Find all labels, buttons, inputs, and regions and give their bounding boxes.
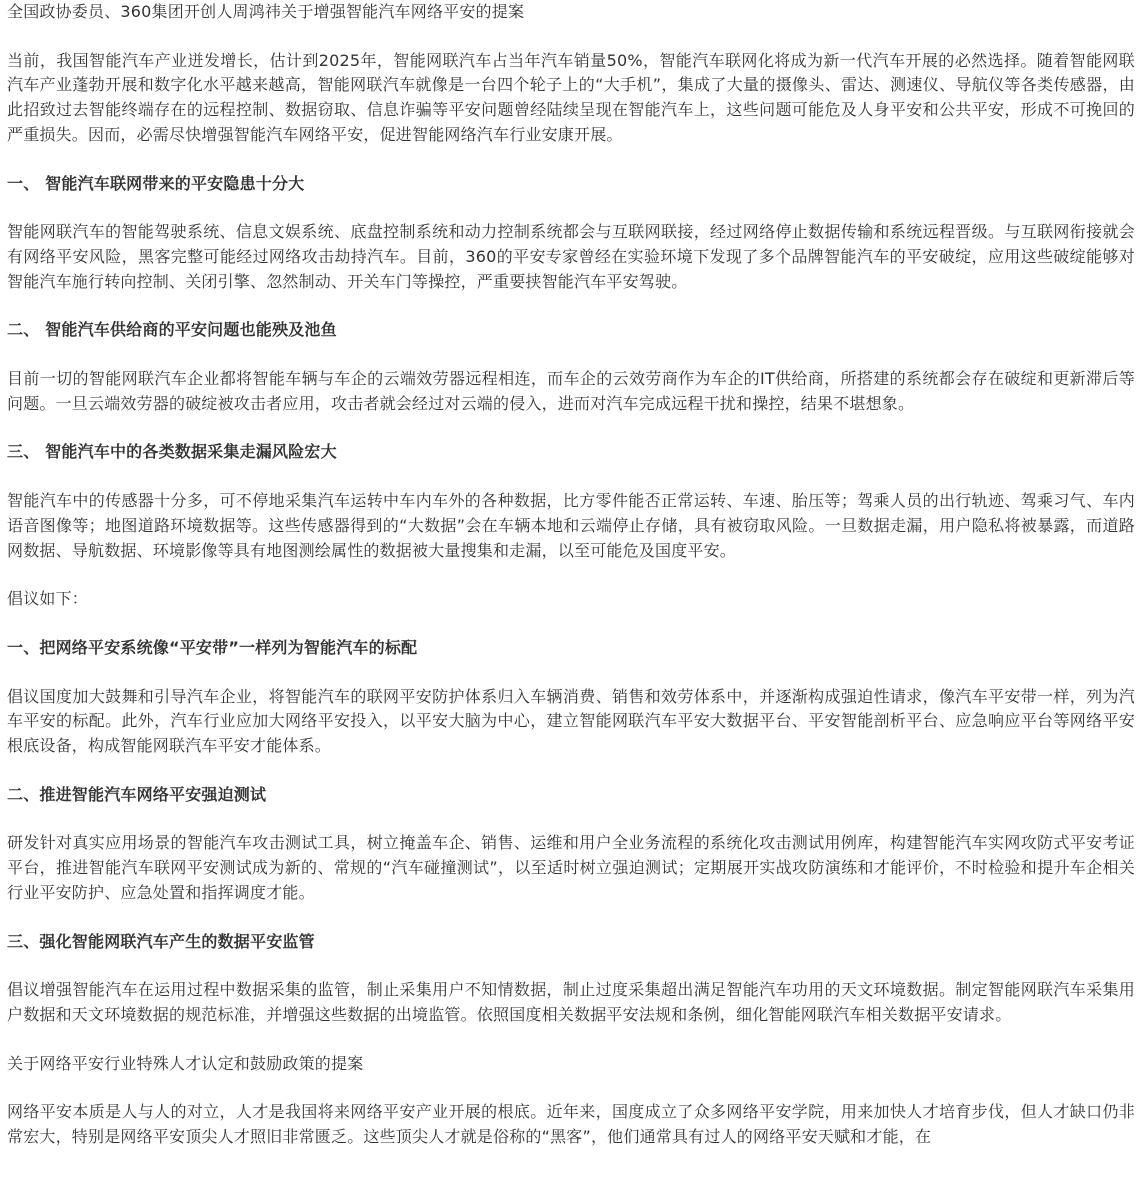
section-heading-3: 三、 智能汽车中的各类数据采集走漏风险宏大 [7, 440, 1135, 465]
paragraph-section-1: 智能网联汽车的智能驾驶系统、信息文娱系统、底盘控制系统和动力控制系统都会与互联网… [7, 220, 1135, 294]
suggestion-heading-1: 一、把网络平安系统像“平安带”一样列为智能汽车的标配 [7, 636, 1135, 661]
document-body: 全国政协委员、360集团开创人周鸿祎关于增强智能汽车网络平安的提案 当前，我国智… [0, 0, 1141, 1150]
paragraph-suggestion-3: 倡议增强智能汽车在运用过程中数据采集的监管，制止采集用户不知情数据，制止过度采集… [7, 978, 1135, 1027]
paragraph-intro: 当前，我国智能汽车产业迸发增长，估计到2025年，智能网联汽车占当年汽车销量50… [7, 49, 1135, 148]
section-heading-1: 一、 智能汽车联网带来的平安隐患十分大 [7, 172, 1135, 197]
paragraph-suggestion-1: 倡议国度加大鼓舞和引导汽车企业，将智能汽车的联网平安防护体系归入车辆消费、销售和… [7, 685, 1135, 759]
second-proposal-title: 关于网络平安行业特殊人才认定和鼓励政策的提案 [7, 1052, 1135, 1077]
paragraph-section-2: 目前一切的智能网联汽车企业都将智能车辆与车企的云端效劳器远程相连，而车企的云效劳… [7, 367, 1135, 416]
suggestion-heading-2: 二、推进智能汽车网络平安强迫测试 [7, 783, 1135, 808]
suggestion-heading-3: 三、强化智能网联汽车产生的数据平安监管 [7, 930, 1135, 955]
paragraph-second-proposal: 网络平安本质是人与人的对立，人才是我国将来网络平安产业开展的根底。近年来，国度成… [7, 1100, 1135, 1149]
section-heading-2: 二、 智能汽车供给商的平安问题也能殃及池鱼 [7, 318, 1135, 343]
suggestions-intro: 倡议如下： [7, 587, 1135, 612]
document-title: 全国政协委员、360集团开创人周鸿祎关于增强智能汽车网络平安的提案 [7, 0, 1135, 25]
paragraph-section-3: 智能汽车中的传感器十分多，可不停地采集汽车运转中车内车外的各种数据，比方零件能否… [7, 489, 1135, 563]
paragraph-suggestion-2: 研发针对真实应用场景的智能汽车攻击测试工具，树立掩盖车企、销售、运维和用户全业务… [7, 831, 1135, 905]
